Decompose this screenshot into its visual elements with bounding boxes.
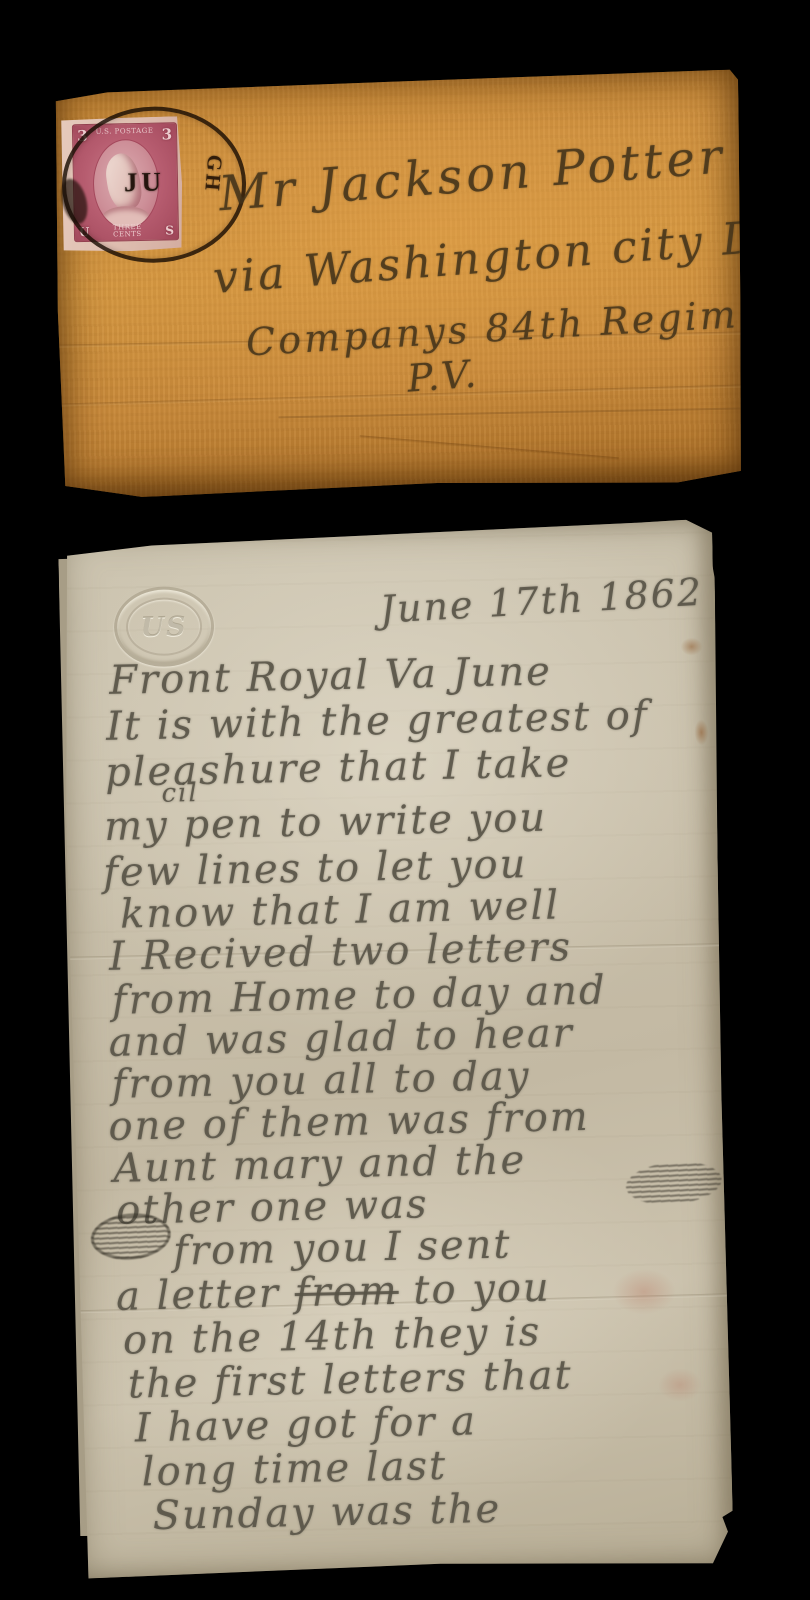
- letter-body: June 17th 1862 Front Royal Va June It is…: [60, 519, 712, 533]
- address-line-unit: Companys 84th Regim: [245, 292, 740, 364]
- address-line-route: via Washington city D: [211, 212, 746, 304]
- address-line-regiment: P.V.: [406, 352, 480, 401]
- pencil-guide-line: [290, 479, 746, 495]
- paper-stain: [612, 1268, 677, 1315]
- embossed-seal-ring: US: [125, 597, 202, 657]
- paper-stain: [680, 637, 702, 655]
- address-line-recipient: Mr Jackson Potter: [217, 128, 728, 222]
- paper-stain: [658, 1368, 703, 1403]
- envelope: 3 3 U.S. POSTAGE U THREE CENTS S JU: [52, 69, 746, 498]
- seal-monogram: US: [140, 611, 188, 643]
- letter-line: Sunday was the: [152, 1486, 501, 1539]
- struck-word: from: [294, 1268, 399, 1316]
- envelope-address: Mr Jackson Potter via Washington city D …: [52, 69, 746, 497]
- photo-stage: 3 3 U.S. POSTAGE U THREE CENTS S JU: [0, 0, 810, 1600]
- letter-date-line: June 17th 1862: [379, 570, 705, 632]
- scribbled-out-word: [624, 1158, 723, 1209]
- paper-stain: [694, 719, 709, 745]
- letter-line: the first letters that: [127, 1352, 573, 1407]
- letter-sheet: US June 17th 1862 Front Royal Va June It…: [60, 519, 734, 1578]
